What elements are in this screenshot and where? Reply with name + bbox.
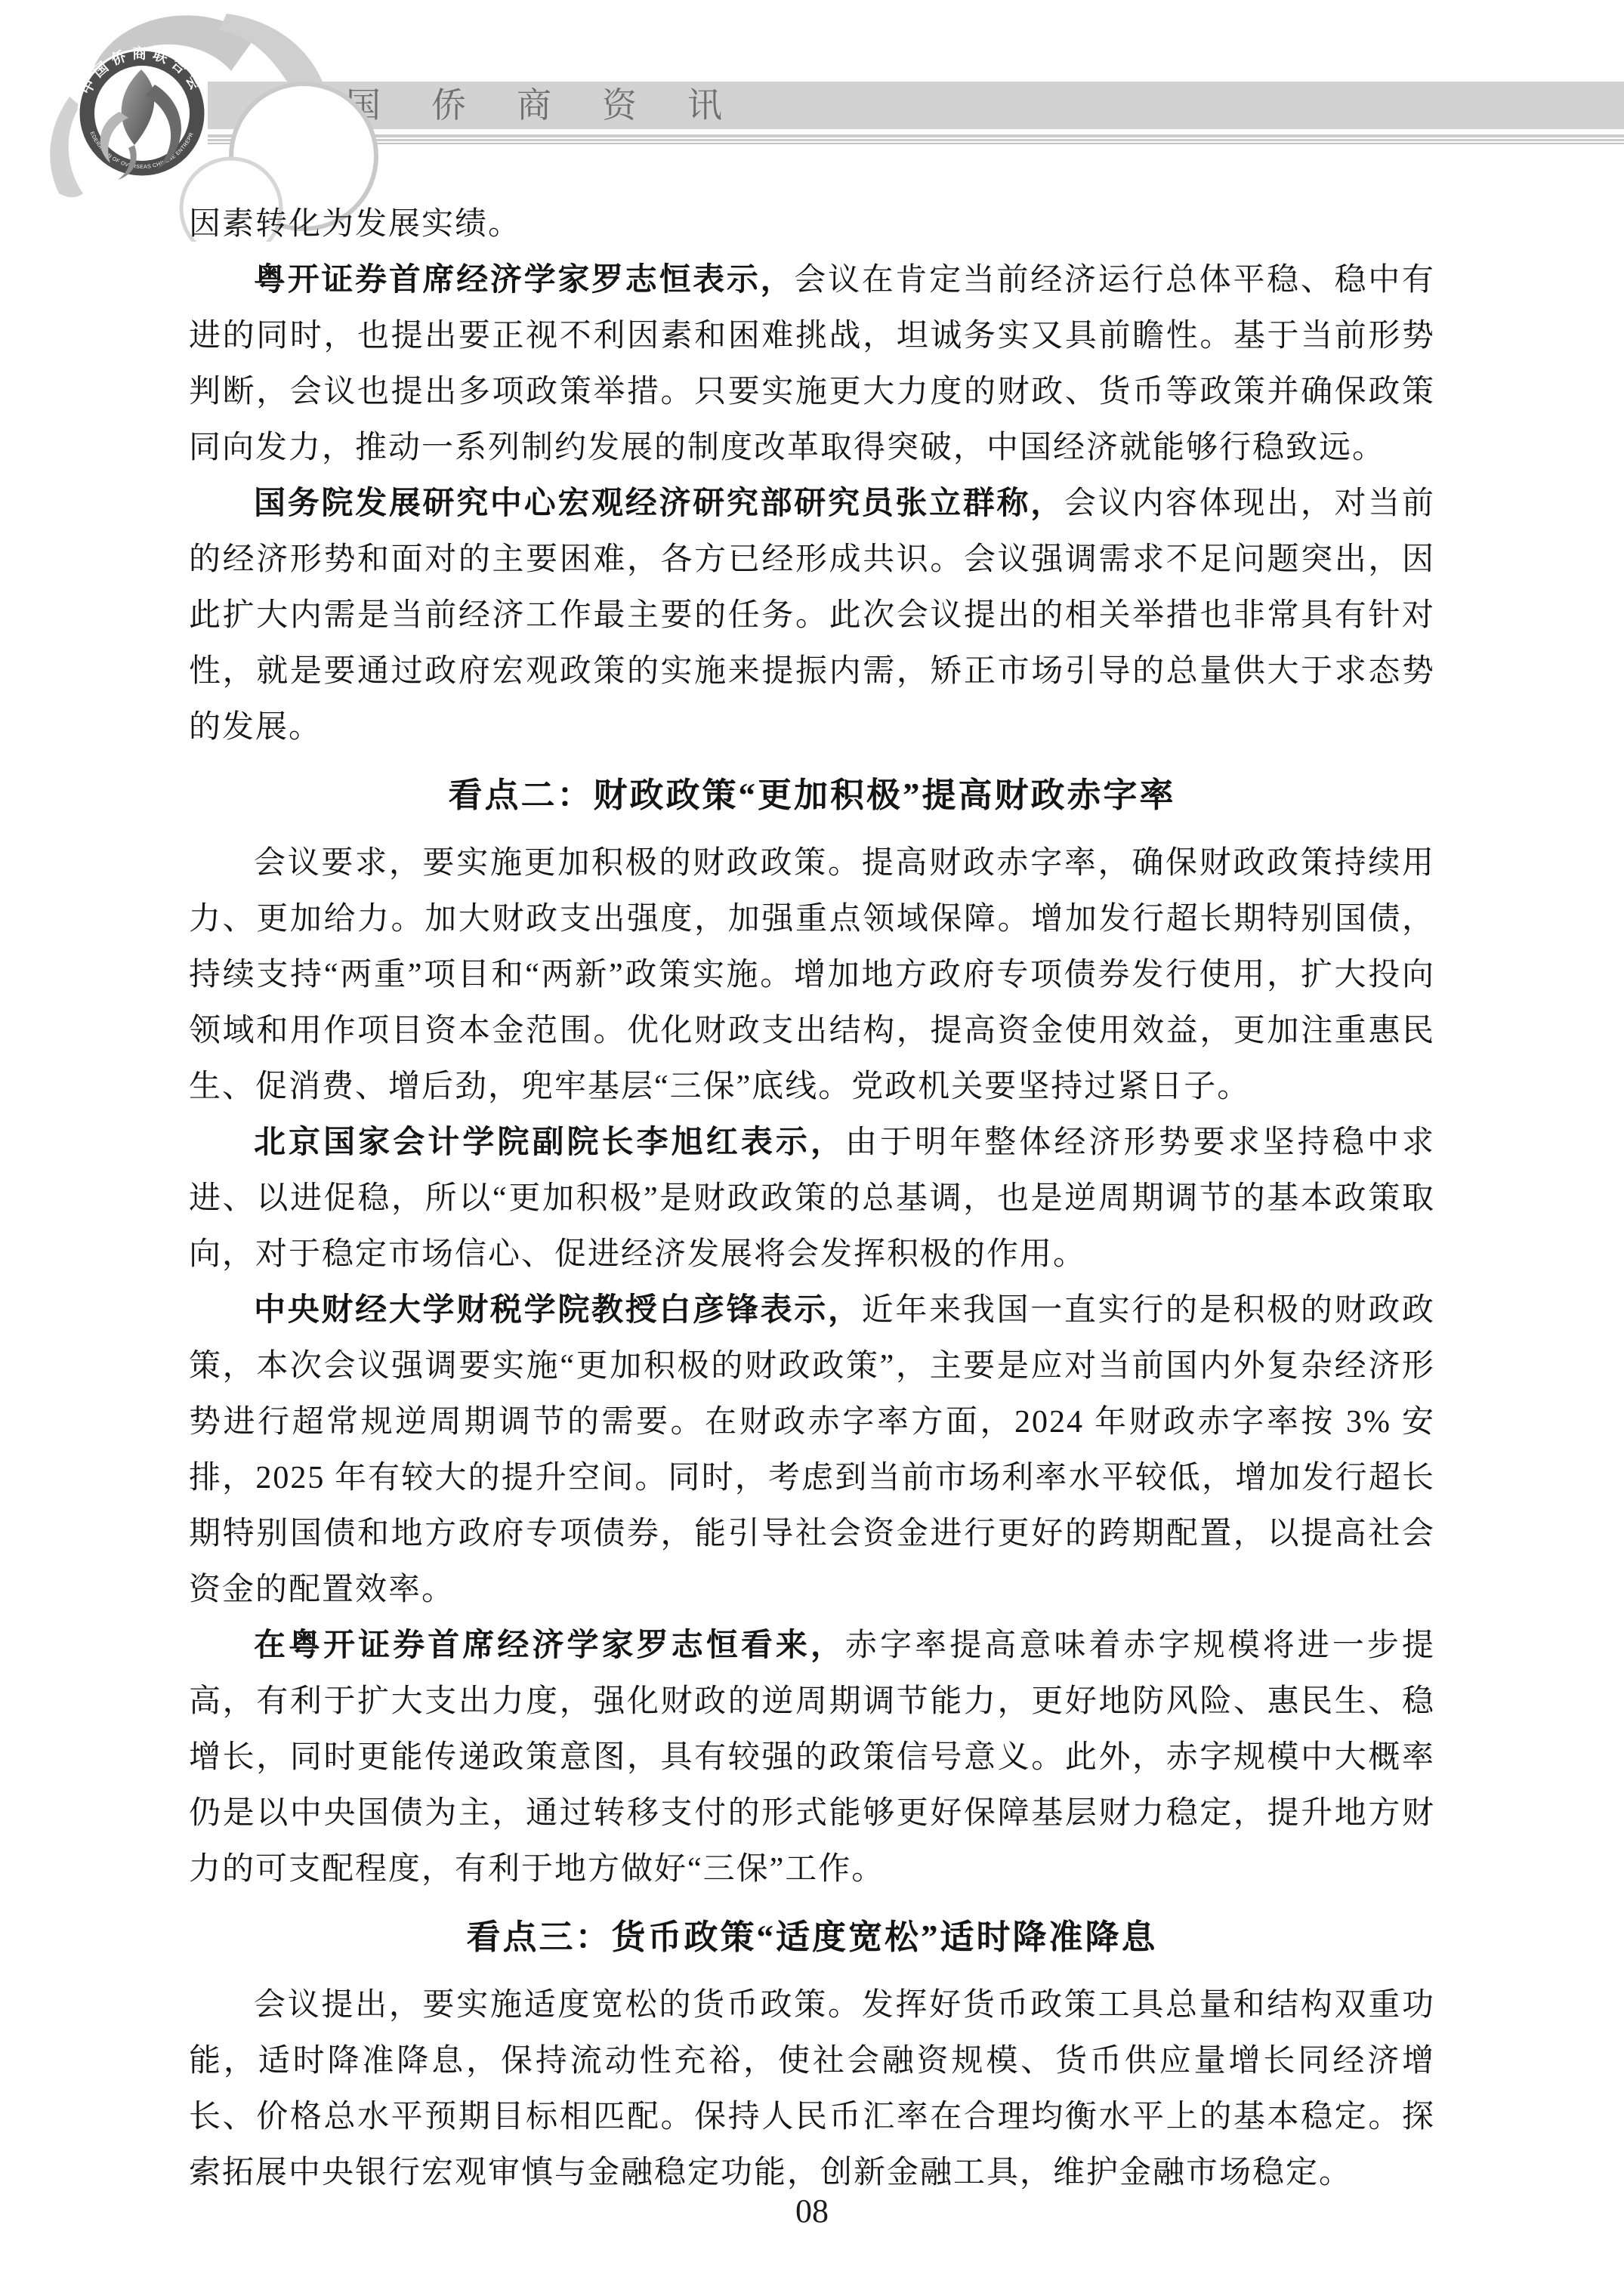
speaker-lead: 北京国家会计学院副院长李旭红表示， <box>254 1125 845 1160</box>
speaker-lead: 中央财经大学财税学院教授白彦锋表示， <box>254 1293 862 1328</box>
document-page: 中国侨商资讯 中国侨商联合会 CHINA <box>0 0 1624 2293</box>
paragraph-text: 会议要求，要实施更加积极的财政政策。提高财政赤字率，确保财政政策持续用力、更加给… <box>189 846 1435 1104</box>
speaker-lead: 粤开证券首席经济学家罗志恒表示， <box>254 263 794 298</box>
body-paragraph: 在粤开证券首席经济学家罗志恒看来，赤字率提高意味着赤字规模将进一步提高，有利于扩… <box>189 1618 1435 1897</box>
body-paragraph: 因素转化为发展实绩。 <box>189 196 1435 252</box>
body-paragraph: 北京国家会计学院副院长李旭红表示，由于明年整体经济形势要求坚持稳中求进、以进促稳… <box>189 1115 1435 1282</box>
paragraph-text: 近年来我国一直实行的是积极的财政政策，本次会议强调要实施“更加积极的财政政策”，… <box>189 1293 1435 1607</box>
section-heading-2: 看点二：财政政策“更加积极”提高财政赤字率 <box>189 767 1435 823</box>
body-paragraph: 粤开证券首席经济学家罗志恒表示，会议在肯定当前经济运行总体平稳、稳中有进的同时，… <box>189 252 1435 476</box>
page-number: 08 <box>0 2192 1624 2230</box>
paragraph-text: 会议内容体现出，对当前的经济形势和面对的主要困难，各方已经形成共识。会议强调需求… <box>189 486 1435 745</box>
body-paragraph: 会议要求，要实施更加积极的财政政策。提高财政赤字率，确保财政政策持续用力、更加给… <box>189 835 1435 1115</box>
paragraph-text: 会议提出，要实施适度宽松的货币政策。发挥好货币政策工具总量和结构双重功能，适时降… <box>189 1988 1435 2190</box>
body-paragraph: 中央财经大学财税学院教授白彦锋表示，近年来我国一直实行的是积极的财政政策，本次会… <box>189 1282 1435 1618</box>
body-paragraph: 会议提出，要实施适度宽松的货币政策。发挥好货币政策工具总量和结构双重功能，适时降… <box>189 1977 1435 2201</box>
article-body: 因素转化为发展实绩。 粤开证券首席经济学家罗志恒表示，会议在肯定当前经济运行总体… <box>189 196 1435 2201</box>
paragraph-text: 赤字率提高意味着赤字规模将进一步提高，有利于扩大支出力度，强化财政的逆周期调节能… <box>189 1628 1435 1887</box>
speaker-lead: 国务院发展研究中心宏观经济研究部研究员张立群称， <box>254 486 1064 521</box>
speaker-lead: 在粤开证券首席经济学家罗志恒看来， <box>254 1628 845 1663</box>
body-paragraph: 国务院发展研究中心宏观经济研究部研究员张立群称，会议内容体现出，对当前的经济形势… <box>189 476 1435 755</box>
section-heading-3: 看点三：货币政策“适度宽松”适时降准降息 <box>189 1909 1435 1965</box>
paragraph-text: 因素转化为发展实绩。 <box>189 207 521 242</box>
